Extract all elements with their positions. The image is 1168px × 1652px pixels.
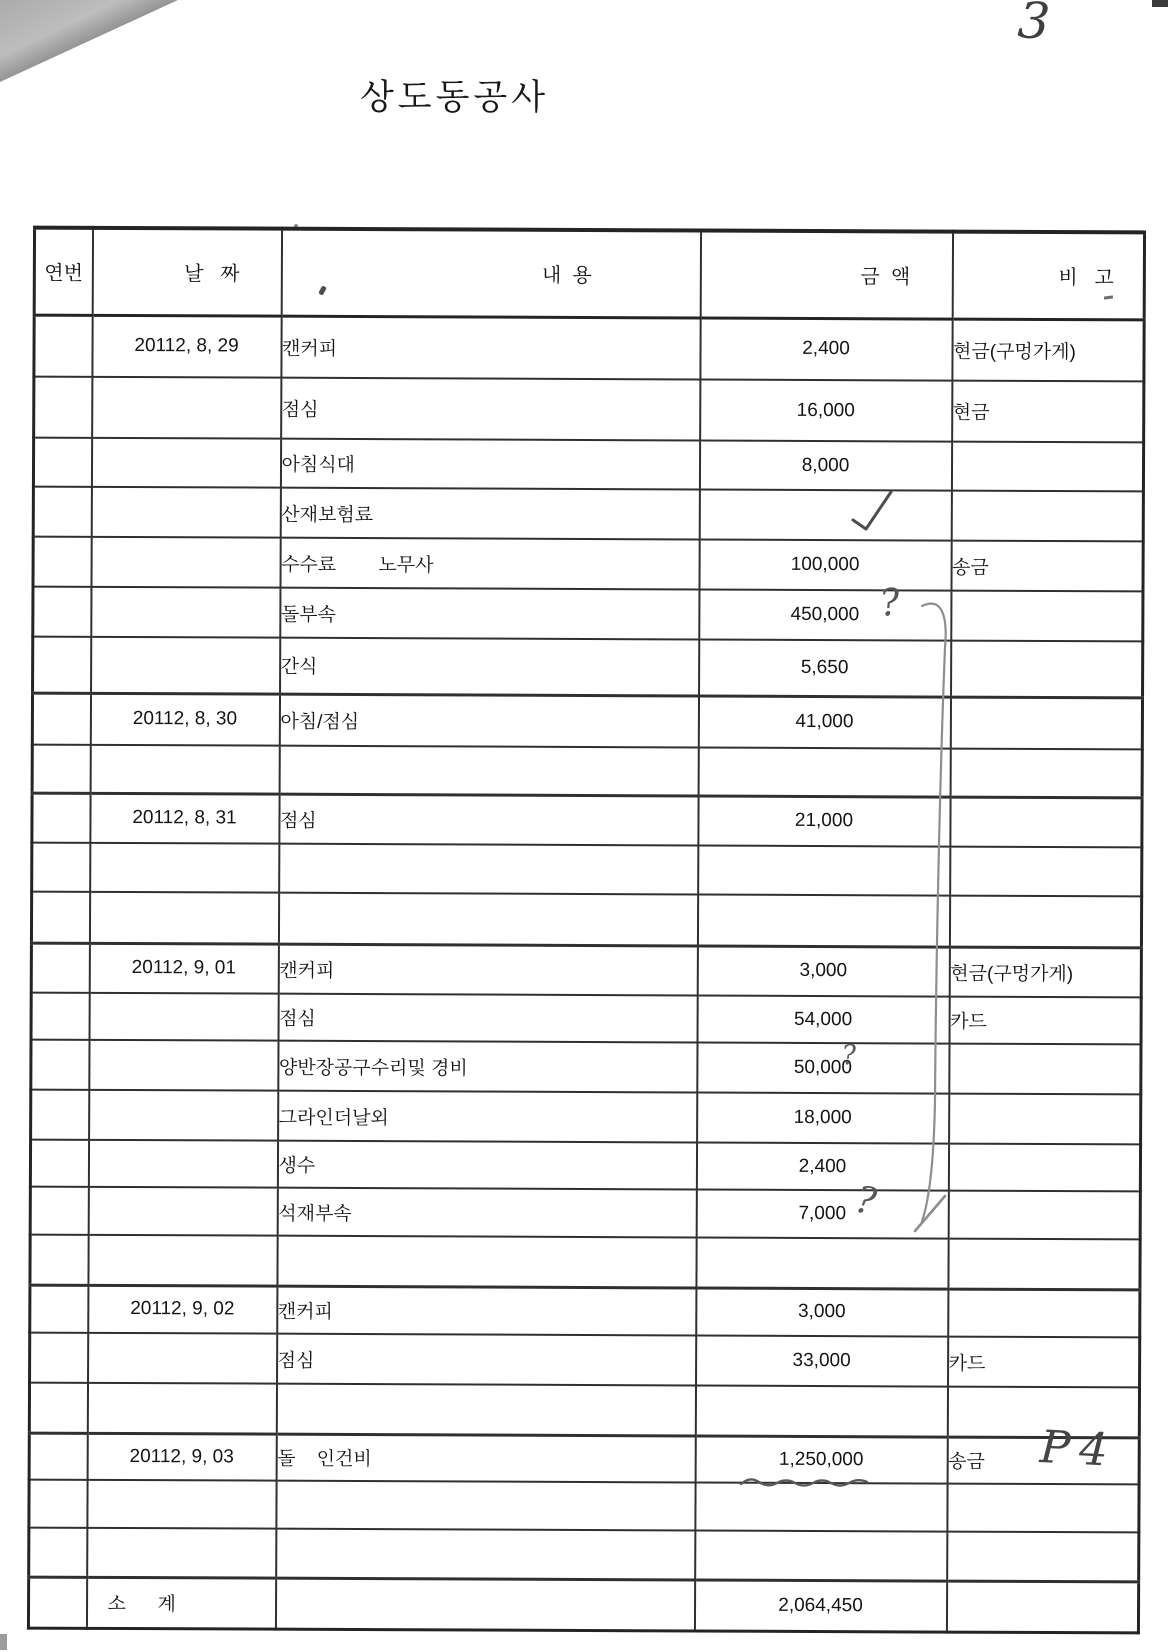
cell-date: 20112, 8, 29 [92,315,281,378]
table-row [29,1480,1139,1533]
table-row: 양반장공구수리및 경비 50,000 [31,1040,1141,1095]
cell-no [29,1383,87,1433]
cell-content: 양반장공구수리및 경비 [278,1041,697,1093]
header-amount: 금 액 [700,230,952,318]
table-row: 아침식대 8,000 [33,438,1143,492]
scan-edge-mark-bottom-left [0,1634,7,1650]
scan-edge-mark-top-right [1152,0,1168,7]
cell-date [88,1140,277,1188]
header-content: 내 용 [281,229,700,318]
cell-no [30,1235,88,1285]
cell-no [29,1480,87,1528]
cell-note: 현금 [952,381,1144,443]
cell-content: 석재부속 [277,1188,696,1238]
cell-note [950,797,1142,848]
cell-content: 캔커피 [277,1286,696,1336]
table-row: 간식 5,650 [33,637,1143,698]
cell-note [951,641,1143,698]
table-row: 20112, 9, 01 캔커피 3,000 현금(구멍가게) [31,943,1141,998]
cell-content: 캔커피 [278,944,697,996]
cell-no [32,793,90,843]
cell-no [30,1187,88,1235]
table-row [31,892,1141,948]
cell-note [946,1581,1138,1633]
cell-amount: 41,000 [698,695,950,748]
cell-note [948,1144,1140,1192]
cell-note [950,847,1142,897]
cell-amount: 100,000 [699,539,951,590]
cell-date: 20112, 8, 30 [90,693,279,746]
cell-amount: 7,000 [696,1189,948,1238]
cell-no [31,943,89,993]
cell-no [31,1040,89,1090]
cell-amount: 3,000 [696,1287,948,1336]
cell-date [91,587,280,638]
cell-date [87,1528,276,1578]
cell-no [30,1333,88,1383]
table-row: 점심 54,000 카드 [31,993,1141,1045]
header-note: 비 고 [952,232,1144,320]
cell-content [276,1384,695,1436]
table-row: 20112, 9, 02 캔커피 3,000 [30,1285,1140,1338]
header-no: 연번 [34,228,92,315]
cell-date [88,1187,277,1236]
cell-amount: 2,400 [696,1142,948,1190]
table-row: 생수 2,400 [30,1140,1140,1192]
table-row: 수수료 노무사 100,000 송금 [33,537,1143,592]
cell-amount: 5,650 [699,639,951,696]
cell-note [951,442,1143,492]
table-row: 그라인더날외 18,000 [31,1090,1141,1145]
cell-date: 20112, 9, 01 [89,943,278,994]
cell-content: 점심 [278,994,697,1043]
cell-note: 현금(구멍가게) [952,319,1144,382]
scan-corner-fold [0,0,178,82]
cell-amount [695,1385,947,1436]
subtotal-label: 소 계 [86,1577,275,1629]
cell-date [88,1333,277,1384]
table-row: 20112, 8, 30 아침/점심 41,000 [32,693,1142,750]
cell-no [33,438,91,487]
cell-date [90,745,279,794]
cell-no [34,377,92,438]
cell-amount [695,1530,947,1580]
cell-amount: 50,000 [697,1042,949,1093]
cell-note [948,1289,1140,1338]
cell-amount: 21,000 [698,795,950,846]
cell-date [89,1090,278,1141]
cell-no [32,745,90,793]
cell-no [33,487,91,537]
cell-date: 20112, 9, 02 [88,1285,277,1334]
cell-note [951,491,1143,542]
table-row [29,1383,1139,1438]
cell-content [275,1578,694,1631]
cell-no [31,993,89,1040]
table-row: 산재보험료 [33,487,1143,542]
cell-note [948,1191,1140,1240]
cell-amount: 2,400 [700,317,952,380]
cell-date: 20112, 8, 31 [90,793,279,844]
cell-content: 그라인더날외 [278,1091,697,1143]
cell-content: 아침/점심 [279,694,698,748]
table-row [32,843,1142,897]
cell-content: 돌 인건비 [276,1434,695,1483]
table-row: 점심 16,000 현금 [34,377,1144,443]
table-row: 20112, 8, 31 점심 21,000 [32,793,1142,848]
cell-content [279,844,698,895]
cell-date [91,487,280,538]
cell-no [31,892,89,943]
cell-note [949,1094,1141,1145]
cell-note: 카드 [948,1337,1140,1388]
cell-content: 생수 [277,1141,696,1190]
cell-note: 카드 [949,997,1141,1045]
cell-content [276,1481,695,1531]
cell-amount: 18,000 [697,1092,949,1143]
cell-content: 산재보험료 [280,488,699,540]
cell-content [277,1236,696,1288]
cell-amount [695,1482,947,1531]
cell-content [279,746,698,796]
cell-amount: 1,250,000 [695,1435,947,1483]
cell-no [28,1577,86,1628]
table-row: 석재부속 7,000 [30,1187,1140,1240]
cell-no [29,1528,87,1577]
cell-amount [697,894,949,946]
cell-note [947,1532,1139,1582]
cell-no [29,1433,87,1480]
page-title: 상도동공사 [360,70,549,120]
cell-date [91,637,280,694]
cell-amount: 33,000 [696,1335,948,1386]
cell-content: 점심 [279,794,698,846]
cell-note [950,749,1142,798]
cell-date [91,438,280,488]
cell-no [34,315,92,377]
cell-date: 20112, 9, 03 [87,1433,276,1481]
cell-note: 현금(구멍가게) [949,947,1141,998]
table-row: 20112, 9, 03 돌 인건비 1,250,000 송금 [29,1433,1139,1485]
cell-date [91,537,280,588]
table-row [29,1528,1139,1582]
cell-note [950,697,1142,750]
expense-table: 연번 날 짜 내 용 금 액 비 고 20112, 8, 29 캔커피 2,40… [27,226,1146,1634]
cell-note [951,591,1143,642]
cell-no [32,843,90,892]
cell-amount [699,489,951,540]
cell-date [88,1235,277,1286]
cell-no [30,1140,88,1187]
cell-date [89,892,278,944]
table-row: 돌부속 450,000 [33,587,1143,642]
cell-amount [698,747,950,796]
cell-content: 간식 [280,638,699,696]
cell-no [32,693,90,745]
cell-no [33,637,91,693]
cell-note [949,896,1141,948]
cell-content: 수수료 노무사 [280,538,699,590]
cell-amount: 8,000 [699,440,951,490]
cell-content: 아침식대 [280,439,699,490]
cell-content: 캔커피 [281,316,700,380]
table-row [32,745,1142,798]
cell-date [87,1383,276,1434]
cell-amount: 3,000 [697,945,949,996]
cell-amount [696,1237,948,1288]
cell-date [92,377,281,439]
cell-note [948,1239,1140,1290]
cell-amount: 450,000 [699,589,951,640]
cell-note [949,1044,1141,1095]
subtotal-row: 소 계 2,064,450 [28,1577,1138,1633]
cell-note: 송금 [947,1437,1139,1485]
cell-no [33,587,91,637]
cell-content [276,1529,695,1580]
table-row: 점심 33,000 카드 [30,1333,1140,1388]
cell-date [89,993,278,1041]
cell-note [947,1387,1139,1438]
table-header-row: 연번 날 짜 내 용 금 액 비 고 [34,228,1144,320]
cell-amount: 16,000 [700,379,952,441]
cell-date [90,843,279,893]
table-row: 20112, 8, 29 캔커피 2,400 현금(구멍가게) [34,315,1144,382]
cell-date [87,1480,276,1529]
cell-date [89,1040,278,1091]
handwritten-page-number: 3 [1016,0,1051,47]
cell-no [33,537,91,587]
cell-amount: 54,000 [697,995,949,1043]
subtotal-amount: 2,064,450 [694,1579,946,1631]
cell-content: 점심 [281,378,700,441]
table-row [30,1235,1140,1290]
cell-content: 점심 [277,1334,696,1386]
cell-content: 돌부속 [280,588,699,640]
cell-note: 송금 [951,541,1143,592]
cell-no [31,1090,89,1140]
cell-content [278,893,697,946]
header-date: 날 짜 [92,228,281,316]
cell-note [947,1484,1139,1533]
cell-no [30,1285,88,1333]
cell-amount [698,845,950,895]
